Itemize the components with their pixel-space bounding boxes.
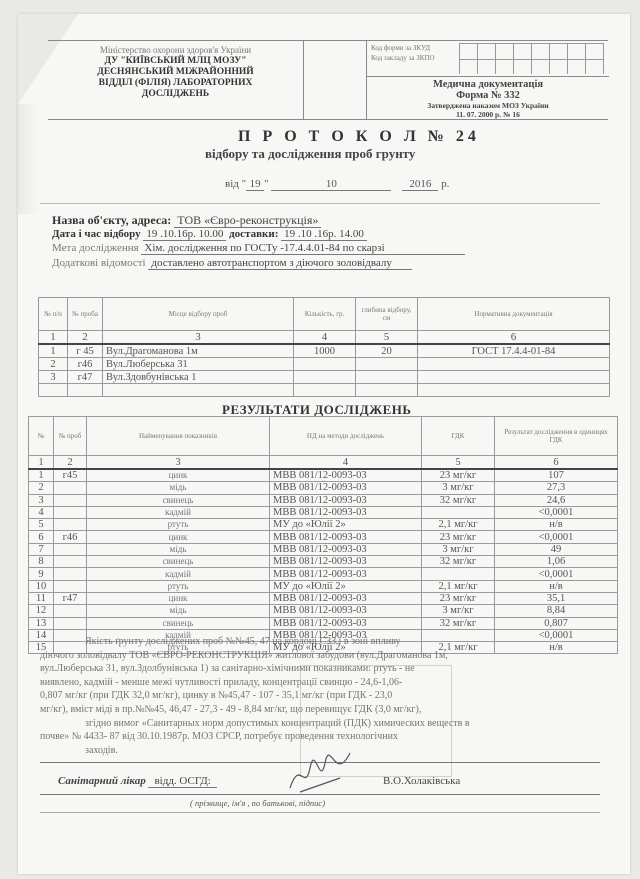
signature-hint: ( прізвище, ім'я , по батькові, підпис)	[190, 798, 325, 808]
cell: МВВ 081/12-0093-03	[270, 568, 422, 580]
extra-label: Додаткові відомості	[52, 257, 146, 269]
cell: МВВ 081/12-0093-03	[270, 592, 422, 604]
date-prefix: від "	[225, 178, 246, 190]
extra-value: доставлено автотранспортом з діючого зол…	[148, 257, 412, 270]
cell: 9	[29, 568, 54, 580]
cell: 3 мг/кг	[422, 605, 495, 617]
codes-area: Код форми за ЗКУД Код закладу за ЗКПО	[367, 41, 609, 77]
results-row: 12мідьМВВ 081/12-0093-033 мг/кг8,84	[29, 605, 618, 617]
cell: МВВ 081/12-0093-03	[270, 617, 422, 629]
conclusion-line: згідно вимог «Санитарных норм допустимых…	[40, 717, 620, 731]
cell: 49	[495, 543, 618, 555]
col-header: глибина відбору, см	[356, 298, 418, 331]
cell: г46	[68, 358, 103, 371]
cell: <0,0001	[495, 506, 618, 518]
cell: г47	[68, 371, 103, 384]
signature-name: В.О.Холаківська	[383, 775, 460, 787]
results-row: 3свинецьМВВ 081/12-0093-0332 мг/кг24,6	[29, 494, 618, 506]
sampling-line: Дата і час відбору 19 .10.16р. 10.00 дос…	[52, 228, 367, 240]
cell	[422, 506, 495, 518]
cell: 23 мг/кг	[422, 531, 495, 543]
cell	[54, 519, 87, 531]
cell: 8,84	[495, 605, 618, 617]
med-doc-label: Медична документація	[367, 79, 609, 90]
cell: 5	[29, 519, 54, 531]
cell: ртуть	[87, 580, 270, 592]
purpose-label: Мета дослідження	[52, 242, 139, 254]
org-line: ВІДДІЛ (ФІЛІЯ) ЛАБОРАТОРНИХ	[48, 78, 303, 89]
sampling-value: 19 .10.16р. 10.00	[143, 228, 226, 241]
cell	[54, 580, 87, 592]
form-header: Міністерство охорони здоров'я України ДУ…	[48, 40, 608, 120]
cell	[54, 617, 87, 629]
cell: МВВ 081/12-0093-03	[270, 531, 422, 543]
divider	[40, 812, 600, 813]
cell: 23 мг/кг	[422, 592, 495, 604]
cell	[54, 605, 87, 617]
col-number: 1	[29, 456, 54, 470]
cell: 3	[39, 371, 68, 384]
col-header: № п/п	[39, 298, 68, 331]
cell: <0,0001	[495, 568, 618, 580]
cell: МВВ 081/12-0093-03	[270, 556, 422, 568]
conclusion-line: діючого золовідвалу ТОВ «ЄВРО-РЕКОНСТРУК…	[40, 649, 620, 663]
cell: 32 мг/кг	[422, 556, 495, 568]
col-header: Місце відбору проб	[103, 298, 294, 331]
cell: мідь	[87, 482, 270, 494]
col-header: Найменування показників	[87, 417, 270, 456]
org-line: ДЕСНЯНСЬКИЙ МІЖРАЙОННИЙ	[48, 67, 303, 78]
cell: 7	[29, 543, 54, 555]
date-suffix: р.	[441, 178, 449, 190]
form-codes-block: Код форми за ЗКУД Код закладу за ЗКПО Ме…	[366, 41, 609, 119]
cell: 32 мг/кг	[422, 494, 495, 506]
column-numbers: 1 2 3 4 5 6	[39, 331, 610, 345]
cell: кадмій	[87, 568, 270, 580]
results-rows: 1г45цинкМВВ 081/12-0093-0323 мг/кг1072мі…	[29, 469, 618, 654]
cell	[54, 568, 87, 580]
results-row: 7мідьМВВ 081/12-0093-033 мг/кг49	[29, 543, 618, 555]
cell: мідь	[87, 543, 270, 555]
col-number: 5	[356, 331, 418, 345]
cell	[294, 384, 356, 397]
form-number: Форма № 332	[367, 90, 609, 101]
cell: Вул.Здовбунівська 1	[103, 371, 294, 384]
delivery-label: доставки:	[229, 228, 278, 240]
cell: г46	[54, 531, 87, 543]
cell: 27,3	[495, 482, 618, 494]
sampling-label: Дата і час відбору	[52, 228, 141, 240]
cell	[39, 384, 68, 397]
cell: свинець	[87, 617, 270, 629]
date-day: 19	[246, 178, 264, 191]
cell: цинк	[87, 531, 270, 543]
results-row: 1г45цинкМВВ 081/12-0093-0323 мг/кг107	[29, 469, 618, 482]
cell	[294, 371, 356, 384]
code-form-label: Код форми за ЗКУД	[371, 44, 430, 52]
extra-line: Додаткові відомості доставлено автотранс…	[52, 257, 412, 269]
cell: 32 мг/кг	[422, 617, 495, 629]
purpose-value: Хім. дослідження по ГОСТу -17.4.4.01-84 …	[141, 242, 464, 255]
cell: 11	[29, 592, 54, 604]
cell	[54, 556, 87, 568]
results-row: 13свинецьМВВ 081/12-0093-0332 мг/кг0,807	[29, 617, 618, 629]
cell: 0,807	[495, 617, 618, 629]
cell	[103, 384, 294, 397]
results-row: 8свинецьМВВ 081/12-0093-0332 мг/кг1,06	[29, 556, 618, 568]
cell: г 45	[68, 344, 103, 358]
col-number: 5	[422, 456, 495, 470]
cell: г47	[54, 592, 87, 604]
conclusion-line: виявлено, кадмій - менше межі чутливості…	[40, 676, 620, 690]
results-row: 10ртутьМУ до «Юлії 2»2,1 мг/кгн/в	[29, 580, 618, 592]
cell	[418, 384, 610, 397]
cell: 2,1 мг/кг	[422, 580, 495, 592]
col-number: 3	[103, 331, 294, 345]
object-value: ТОВ «Євро-реконструкція»	[174, 213, 321, 228]
col-header: Кількість, гр.	[294, 298, 356, 331]
col-number: 4	[294, 331, 356, 345]
fold-shadow	[18, 104, 40, 214]
cell	[418, 371, 610, 384]
cell: ртуть	[87, 519, 270, 531]
cell: цинк	[87, 592, 270, 604]
cell: 1,06	[495, 556, 618, 568]
sampling-row	[39, 384, 610, 397]
cell: н/в	[495, 580, 618, 592]
cell: 13	[29, 617, 54, 629]
results-row: 11г47цинкМВВ 081/12-0093-0323 мг/кг35,1	[29, 592, 618, 604]
conclusion-text: Якість ґрунту досліджених проб №№45, 47 …	[40, 635, 620, 757]
col-header: ГДК	[422, 417, 495, 456]
cell: 23 мг/кг	[422, 469, 495, 482]
cell: 6	[29, 531, 54, 543]
sampling-header: № п/п № проба Місце відбору проб Кількіс…	[39, 298, 610, 331]
results-row: 5ртутьМУ до «Юлії 2»2,1 мг/кгн/в	[29, 519, 618, 531]
results-row: 2мідьМВВ 081/12-0093-033 мг/кг27,3	[29, 482, 618, 494]
cell: МВВ 081/12-0093-03	[270, 494, 422, 506]
results-row: 4кадмійМВВ 081/12-0093-03<0,0001	[29, 506, 618, 518]
cell: МВВ 081/12-0093-03	[270, 506, 422, 518]
sampling-row: 1г 45Вул.Драгоманова 1м100020ГОСТ 17.4.4…	[39, 344, 610, 358]
cell: 1	[29, 469, 54, 482]
cell: МВВ 081/12-0093-03	[270, 469, 422, 482]
delivery-value: 19 .10 .16р. 14.00	[281, 228, 367, 241]
cell: 12	[29, 605, 54, 617]
col-header: Нормативна документація	[418, 298, 610, 331]
org-line: ДОСЛІДЖЕНЬ	[48, 89, 303, 100]
cell: г45	[54, 469, 87, 482]
org-line: ДУ "КИЇВСЬКИЙ МЛЦ МОЗУ"	[48, 56, 303, 67]
cell: 24,6	[495, 494, 618, 506]
cell	[68, 384, 103, 397]
code-grid	[459, 43, 604, 74]
code-institution-label: Код закладу за ЗКПО	[371, 54, 435, 62]
signature-dept: відд. ОСГД:	[148, 775, 216, 788]
col-header: № проб	[54, 417, 87, 456]
col-header: НД на методи досліджень	[270, 417, 422, 456]
cell: кадмій	[87, 506, 270, 518]
conclusion-line: Якість ґрунту досліджених проб №№45, 47 …	[40, 635, 620, 649]
date-month: 10	[271, 178, 391, 191]
cell: 35,1	[495, 592, 618, 604]
cell: мідь	[87, 605, 270, 617]
col-number: 1	[39, 331, 68, 345]
col-number: 6	[495, 456, 618, 470]
col-number: 3	[87, 456, 270, 470]
object-label: Назва об'єкту, адреса:	[52, 213, 171, 227]
cell	[422, 568, 495, 580]
cell: 20	[356, 344, 418, 358]
cell: 2,1 мг/кг	[422, 519, 495, 531]
cell	[356, 384, 418, 397]
cell: ГОСТ 17.4.4-01-84	[418, 344, 610, 358]
cell: 1000	[294, 344, 356, 358]
cell: 2	[39, 358, 68, 371]
col-number: 6	[418, 331, 610, 345]
sampling-table: № п/п № проба Місце відбору проб Кількіс…	[38, 297, 610, 397]
cell: н/в	[495, 519, 618, 531]
conclusion-line: почве» № 4433- 87 від 30.10.1987р. МОЗ С…	[40, 730, 620, 744]
approved-by: Затверджена наказом МОЗ України	[367, 101, 609, 110]
protocol-date: від "19" 10 2016 р.	[225, 178, 449, 191]
signature-line: Санітарний лікар відд. ОСГД: В.О.Холаків…	[58, 775, 217, 787]
col-header: Результат дослідження в одиницях ГДК	[495, 417, 618, 456]
cell: Вул.Люберська 31	[103, 358, 294, 371]
cell: 3 мг/кг	[422, 482, 495, 494]
results-row: 9кадмійМВВ 081/12-0093-03<0,0001	[29, 568, 618, 580]
cell: МВВ 081/12-0093-03	[270, 482, 422, 494]
sampling-row: 2г46Вул.Люберська 31	[39, 358, 610, 371]
cell: 107	[495, 469, 618, 482]
organization-block: Міністерство охорони здоров'я України ДУ…	[48, 41, 304, 119]
date-year: 2016	[402, 178, 438, 191]
cell	[356, 371, 418, 384]
cell: Вул.Драгоманова 1м	[103, 344, 294, 358]
col-header: № проба	[68, 298, 103, 331]
conclusion-line: 0,807 мг/кг (при ГДК 32,0 мг/кг), цинку …	[40, 689, 620, 703]
cell: МВВ 081/12-0093-03	[270, 605, 422, 617]
column-numbers: 1 2 3 4 5 6	[29, 456, 618, 470]
cell	[54, 506, 87, 518]
cell	[356, 358, 418, 371]
cell: свинець	[87, 494, 270, 506]
col-number: 4	[270, 456, 422, 470]
col-number: 2	[68, 331, 103, 345]
col-header: №	[29, 417, 54, 456]
cell	[294, 358, 356, 371]
conclusion-line: вул.Люберська 31, вул.Здолбунівська 1) з…	[40, 662, 620, 676]
cell: 2	[29, 482, 54, 494]
col-number: 2	[54, 456, 87, 470]
cell	[54, 494, 87, 506]
signature-role: Санітарний лікар	[58, 775, 146, 787]
approved-date: 11. 07. 2000 р. № 16	[367, 110, 609, 119]
cell	[418, 358, 610, 371]
cell: МВВ 081/12-0093-03	[270, 543, 422, 555]
protocol-title: П Р О Т О К О Л № 24	[238, 128, 480, 146]
ministry-name: Міністерство охорони здоров'я України	[48, 45, 303, 56]
protocol-subtitle: відбору та дослідження проб грунту	[205, 146, 415, 162]
cell: 1	[39, 344, 68, 358]
divider	[40, 794, 600, 795]
results-header: № № проб Найменування показників НД на м…	[29, 417, 618, 456]
sampling-row: 3г47Вул.Здовбунівська 1	[39, 371, 610, 384]
cell: цинк	[87, 469, 270, 482]
object-line: Назва об'єкту, адреса: ТОВ «Євро-реконст…	[52, 213, 321, 228]
cell	[54, 543, 87, 555]
cell: <0,0001	[495, 531, 618, 543]
signature-scribble-icon	[280, 748, 360, 798]
divider	[40, 203, 600, 204]
cell: свинець	[87, 556, 270, 568]
medical-documentation: Медична документація Форма № 332 Затверд…	[367, 79, 609, 119]
cell: 10	[29, 580, 54, 592]
results-row: 6г46цинкМВВ 081/12-0093-0323 мг/кг<0,000…	[29, 531, 618, 543]
purpose-line: Мета дослідження Хім. дослідження по ГОС…	[52, 242, 465, 254]
sampling-rows: 1г 45Вул.Драгоманова 1м100020ГОСТ 17.4.4…	[39, 344, 610, 397]
cell: 3 мг/кг	[422, 543, 495, 555]
cell	[54, 482, 87, 494]
cell: 8	[29, 556, 54, 568]
conclusion-line: мг/кг), вміст міді в пр.№№45, 46,47 - 27…	[40, 703, 620, 717]
cell: МУ до «Юлії 2»	[270, 519, 422, 531]
results-table: № № проб Найменування показників НД на м…	[28, 416, 618, 654]
cell: МУ до «Юлії 2»	[270, 580, 422, 592]
cell: 3	[29, 494, 54, 506]
cell: 4	[29, 506, 54, 518]
